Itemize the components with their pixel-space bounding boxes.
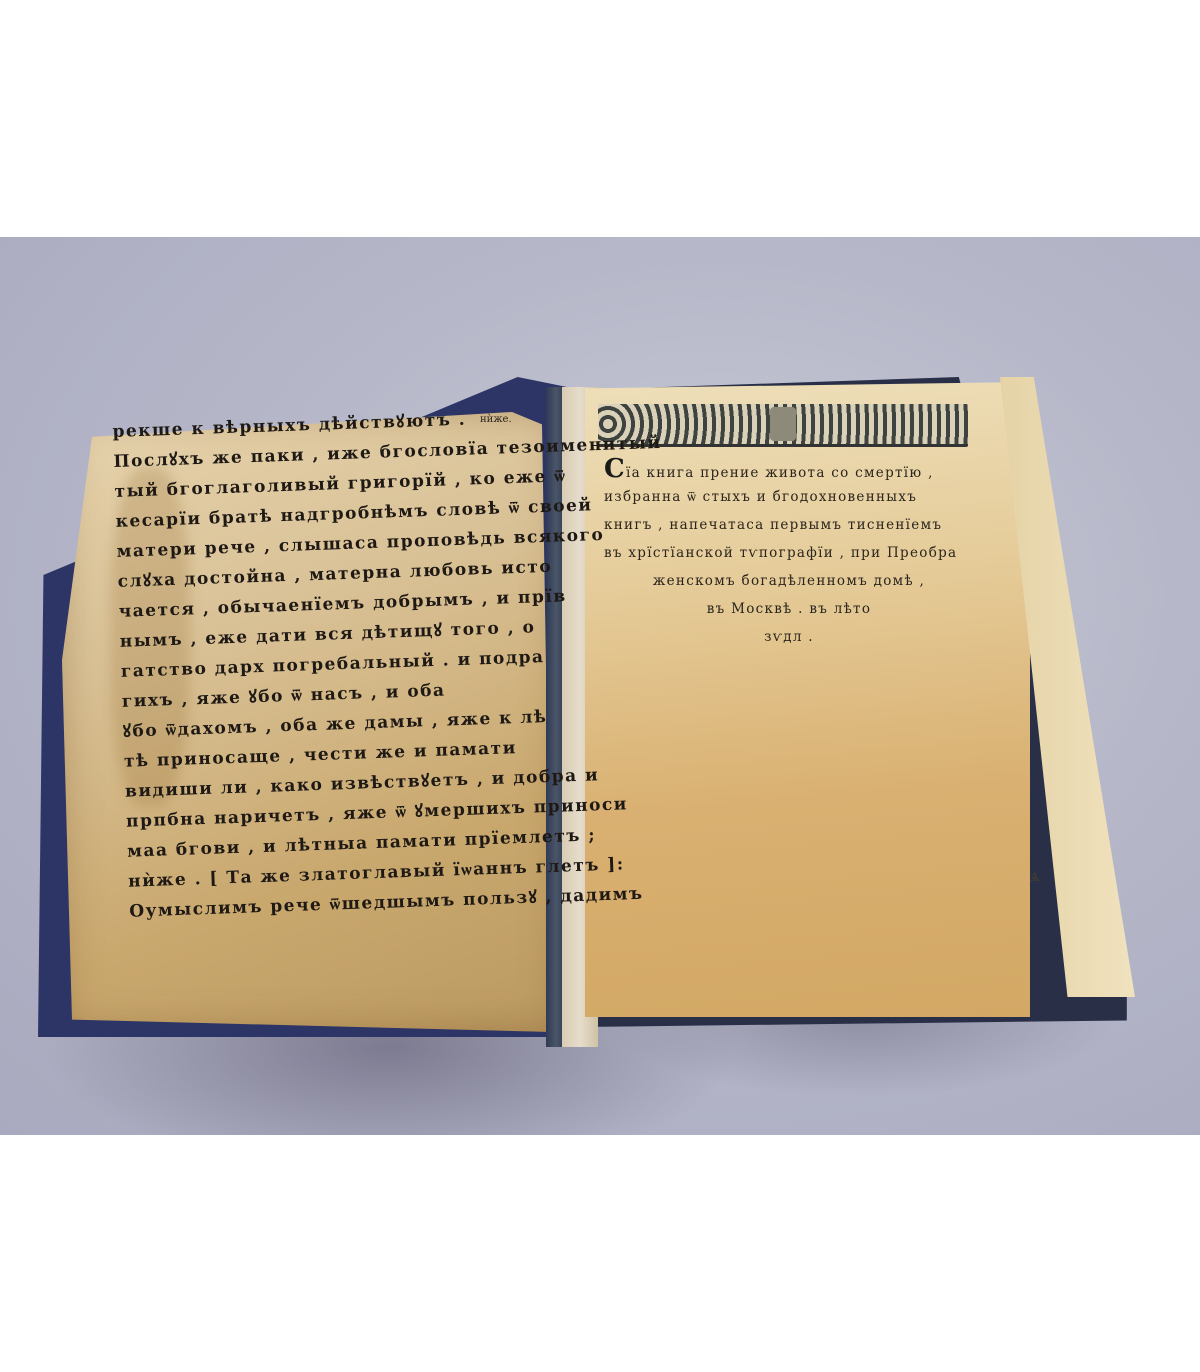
text-line: избранна ѿ стыхъ и бгодохновенныхъ bbox=[604, 483, 974, 511]
text-line: Сїа книга прение живота со смертїю , bbox=[604, 455, 974, 483]
dropcap: С bbox=[604, 454, 626, 484]
text-line: зѵдл . bbox=[604, 623, 974, 651]
vase-icon bbox=[770, 407, 796, 441]
signature-mark: Ѧ bbox=[1030, 869, 1039, 885]
left-page-text: рекше к вѣрныхъ дѣйствꙋютъ . Послꙋхъ же … bbox=[112, 402, 550, 926]
text-line: въ хрїстїанской тѵпографїи , при Преобра bbox=[604, 539, 974, 567]
text-line: книгъ , напечатаса первымъ тисненїемъ bbox=[604, 511, 974, 539]
text-line: въ Москвѣ . въ лѣто bbox=[604, 595, 974, 623]
title-page-text: Сїа книга прение живота со смертїю , изб… bbox=[604, 455, 974, 651]
text-line: женскомъ богадѣленномъ домѣ , bbox=[604, 567, 974, 595]
photo-background: нѝже. рекше к вѣрныхъ дѣйствꙋютъ . Послꙋ… bbox=[0, 237, 1200, 1135]
text-span: їа книга прение живота со смертїю , bbox=[626, 465, 934, 481]
